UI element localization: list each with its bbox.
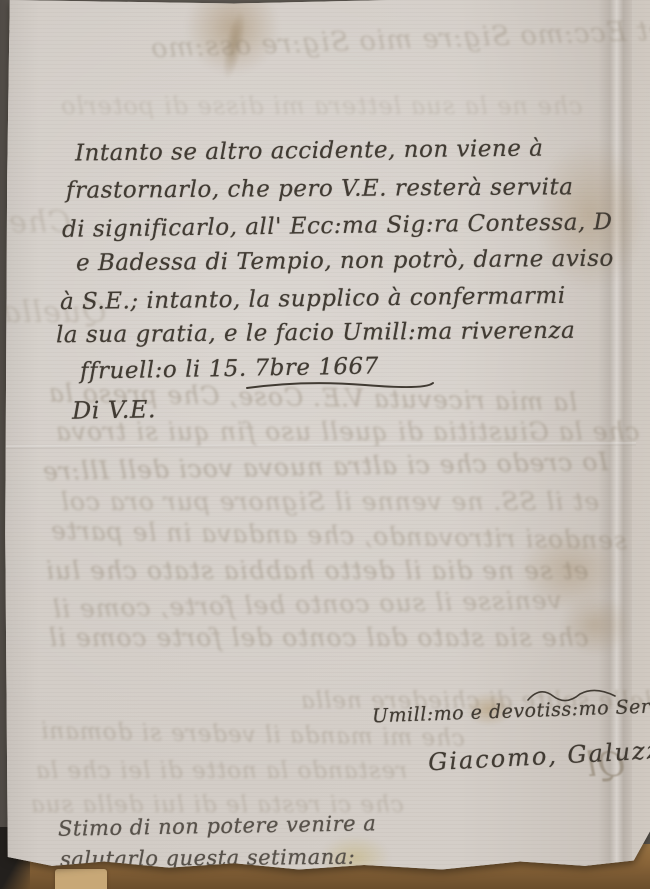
paper-sheet: All Ill:re et Ecc:mo Sig:re mio Sig:re o…: [0, 0, 650, 889]
stain-top-center: [185, 0, 280, 75]
bleedthrough-line: venisse il suo conto bel forte, come il: [52, 586, 562, 624]
postscript-line: Stimo di non potere venire a: [58, 811, 377, 841]
letter-body-line: di significarlo, all' Ecc:ma Sig:ra Cont…: [62, 209, 613, 243]
bleedthrough-line: Io credo che ci altra nuova voci dell Il…: [42, 447, 609, 486]
bleedthrough-line: et se ne dia il detto habbia stato che l…: [45, 556, 589, 585]
manuscript-scan: All Ill:re et Ecc:mo Sig:re mio Sig:re o…: [0, 0, 650, 889]
bleedthrough-line: che sia stato dal conto del forte come i…: [48, 623, 589, 652]
bleedthrough-line: sendosi ritrovando, che andava in le par…: [50, 516, 627, 555]
bleedthrough-line: restando la notte di lei che la: [35, 758, 407, 784]
letter-body-line: Intanto se altro accidente, non viene à: [75, 136, 544, 167]
stain-top-center-streak: [218, 9, 250, 81]
underlying-sheet-edge: [0, 30, 10, 309]
bleedthrough-address: All Ill:re et Ecc:mo Sig:re mio Sig:re o…: [150, 11, 650, 65]
letter-body-line: e Badessa di Tempio, non potrò, darne av…: [76, 246, 614, 277]
letter-body-line: Di V.E.: [72, 395, 156, 424]
bleedthrough-line: et il SS. ne venne il Signore pur ora co…: [60, 487, 599, 516]
horizontal-crease: [6, 442, 636, 448]
letter-body-line: à S.E.; intanto, la supplico à confermar…: [60, 283, 566, 315]
paper-sheet-wrap: All Ill:re et Ecc:mo Sig:re mio Sig:re o…: [0, 0, 650, 889]
letter-body-line: frastornarlo, che pero V.E. resterà serv…: [66, 174, 574, 204]
postscript-line: salutarlo questa setimana:: [60, 845, 355, 872]
letter-body-line: la sua gratia, e le facio Umill:ma river…: [56, 318, 575, 349]
date-underline-flourish: [245, 378, 435, 392]
bleedthrough-line: che ne la sua lettera mi disse di poterl…: [60, 92, 583, 120]
